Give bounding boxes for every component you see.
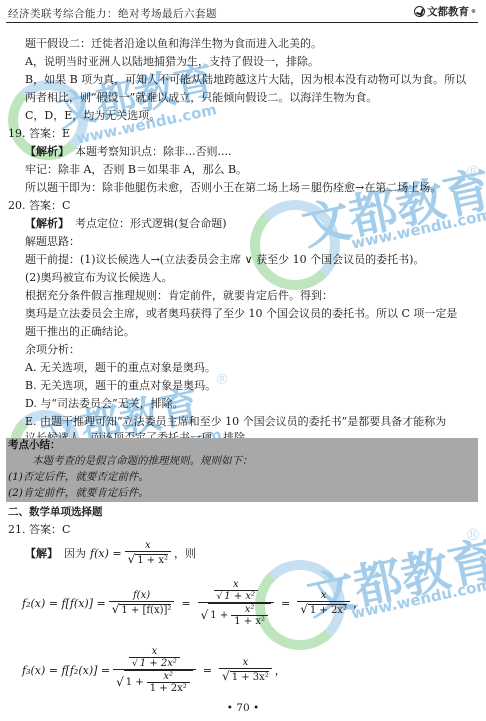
radicand: 1 + 3x²: [230, 671, 269, 683]
page-header: 经济类联考综合能力：绝对考场最后六套题 文都教育 ®: [6, 4, 478, 23]
radicand: 1 + x²: [222, 590, 255, 602]
q20-line: (2)奥玛被宣布为议长候选人。: [25, 271, 173, 285]
f2-result: x √1 + 2x²: [297, 590, 350, 616]
solution-tag: 【解】: [25, 545, 58, 561]
q19-line-3: 所以题干即为：除非他腿伤未愈，否则小王在第二场上场＝腿伤痊愈→在第二场上场。: [25, 181, 441, 195]
numerator: x √1 + 2x²: [123, 646, 186, 669]
q19-answer: 19. 答案：E: [8, 127, 70, 141]
numerator: x: [318, 590, 330, 601]
denominator: √1 + 2x²: [297, 601, 350, 616]
q18-line-5: C，D，E，均为无关选项。: [25, 109, 160, 123]
f3-term: x √1 + 2x² √1 + x² 1 + 2x²: [113, 646, 196, 694]
radicand: 1 + x² 1 + x²: [208, 603, 271, 627]
denominator: √1 + [f(x)]²: [109, 601, 175, 616]
f-def-lhs: f(x) =: [90, 547, 122, 560]
q20-line: 题干前提：(1)议长候选人→(立法委员会主席 ∨ 获至少 10 个国会议员的委托…: [25, 253, 424, 267]
q20-line: 余项分析：: [25, 343, 80, 357]
prefix: 1 +: [126, 677, 144, 688]
numerator: x: [230, 579, 242, 590]
summary-box: 考点小结： 本题考查的是假言命题的推理规则。规则如下： (1)否定后件，就要否定…: [6, 438, 478, 502]
inner-fraction: x √1 + x²: [214, 579, 259, 602]
brand-name: 文都教育: [427, 4, 469, 19]
denominator: √1 + x²: [125, 551, 171, 566]
then-text: ，则: [174, 545, 196, 561]
q20-line: 解题思路：: [25, 235, 80, 249]
q20-first-line: 考点定位：形式逻辑(复合命题): [75, 217, 227, 230]
numerator: x √1 + x²: [208, 579, 265, 602]
f2-term2: x √1 + x² √1 + x² 1 + x²: [198, 579, 274, 627]
analysis-tag: 【解析】: [25, 145, 69, 158]
sqrt-icon: √: [116, 675, 124, 689]
inner-fraction: x √1 + 2x²: [129, 646, 180, 669]
sqrt-icon: √: [222, 669, 230, 683]
intro-text: 因为: [64, 545, 86, 561]
q20-analysis: 【解析】考点定位：形式逻辑(复合命题): [25, 217, 227, 231]
numerator: x: [240, 657, 252, 668]
q20-line: 奥玛是立法委员会主席，或者奥玛获得了至少 10 个国会议员的委托书。所以 C 项…: [25, 307, 457, 321]
f2-lhs: f₂(x) = f[f(x)] =: [22, 597, 106, 610]
radicand: 1 + 2x²: [138, 657, 177, 669]
inner-fraction: x² 1 + x²: [231, 604, 268, 627]
summary-line-1: 本题考查的是假言命题的推理规则。规则如下：: [32, 455, 253, 468]
registered-icon: ®: [471, 9, 476, 15]
q20-option-b: B. 无关选项，题干的重点对象是奥玛。: [25, 379, 216, 393]
radicand: 1 + x² 1 + 2x²: [124, 670, 193, 694]
sqrt-icon: √: [132, 659, 138, 669]
numerator: x: [149, 646, 161, 657]
sqrt-icon: √: [300, 602, 308, 616]
brand-logo: 文都教育 ®: [414, 4, 476, 19]
numerator: f(x): [130, 590, 153, 601]
denominator: √1 + x² 1 + 2x²: [113, 669, 196, 694]
summary-line-3: (2)肯定前件，就要肯定后件。: [8, 487, 149, 500]
q18-line-3: B，如果 B 项为真，可知人不可能从陆地跨越这片大陆，因为根本没有动物可以为食。…: [25, 73, 466, 87]
summary-title: 考点小结：: [8, 439, 61, 452]
f2-equation: f₂(x) = f[f(x)] = f(x) √1 + [f(x)]² = x …: [22, 573, 364, 633]
radicand: 1 + [f(x)]²: [119, 604, 171, 616]
analysis-tag: 【解析】: [25, 217, 69, 230]
page-number: • 70 •: [0, 702, 486, 714]
denominator: √1 + x² 1 + x²: [198, 602, 274, 627]
f3-lhs: f₃(x) = f[f₂(x)] =: [22, 664, 110, 677]
q21-intro: 【解】 因为 f(x) = x √1 + x² ，则: [25, 538, 196, 568]
denominator: √1 + x²: [214, 590, 259, 602]
radicand: 1 + 2x²: [308, 604, 347, 616]
tail: ，: [353, 595, 364, 611]
q21-answer: 21. 答案：C: [8, 523, 70, 537]
denominator: √1 + 2x²: [129, 657, 180, 669]
header-title: 经济类联考综合能力：绝对考场最后六套题: [8, 6, 217, 21]
denominator: 1 + 2x²: [147, 682, 190, 694]
q20-line: 根据充分条件假言推理规则：肯定前件，就要肯定后件。得到：: [25, 289, 333, 303]
q18-line-2: A，说明当时亚洲人以陆地捕猎为生，支持了假设一，排除。: [25, 55, 319, 69]
q18-line-4: 两者相比，则“假设一”就难以成立，只能倾向假设二。以海洋生物为食。: [25, 91, 377, 105]
f3-equation: f₃(x) = f[f₂(x)] = x √1 + 2x² √1 + x² 1 …: [22, 640, 286, 700]
q20-option-a: A. 无关选项，题干的重点对象是奥玛。: [25, 361, 216, 375]
section-title: 二、数学单项选择题: [8, 505, 103, 519]
denominator: 1 + x²: [231, 615, 268, 627]
numerator: x²: [160, 671, 176, 682]
q20-line: 题干推出的正确结论。: [25, 325, 135, 339]
tail: ，: [275, 662, 286, 678]
denominator: √1 + 3x²: [219, 668, 272, 683]
f-def-fraction: x √1 + x²: [125, 540, 171, 566]
q18-line-1: 题干假设二：迁徙者沿途以鱼和海洋生物为食而进入北美的。: [25, 37, 322, 51]
sqrt-icon: √: [201, 608, 209, 622]
brand-mark-icon: [414, 6, 425, 17]
q20-option-d: D. 与“司法委员会”无关，排除。: [25, 397, 184, 411]
radicand: 1 + x²: [135, 554, 168, 566]
q19-line-1: 本题考察知识点：除非...否则....: [75, 145, 231, 158]
q20-answer: 20. 答案：C: [8, 199, 70, 213]
q20-option-e: E. 由题干推理可知“立法委员主席和至少 10 个国会议员的委托书”是都要具备才…: [25, 415, 446, 429]
prefix: 1 +: [210, 610, 228, 621]
f3-result: x √1 + 3x²: [219, 657, 272, 683]
inner-fraction: x² 1 + 2x²: [147, 671, 190, 694]
numerator: x²: [242, 604, 258, 615]
q19-line-2: 牢记：除非 A，否则 B＝如果非 A，那么 B。: [25, 163, 247, 177]
numerator: x: [142, 540, 154, 551]
f2-term1: f(x) √1 + [f(x)]²: [109, 590, 175, 616]
q19-analysis: 【解析】本题考察知识点：除非...否则....: [25, 145, 231, 159]
summary-line-2: (1)否定后件，就要否定前件。: [8, 471, 149, 484]
